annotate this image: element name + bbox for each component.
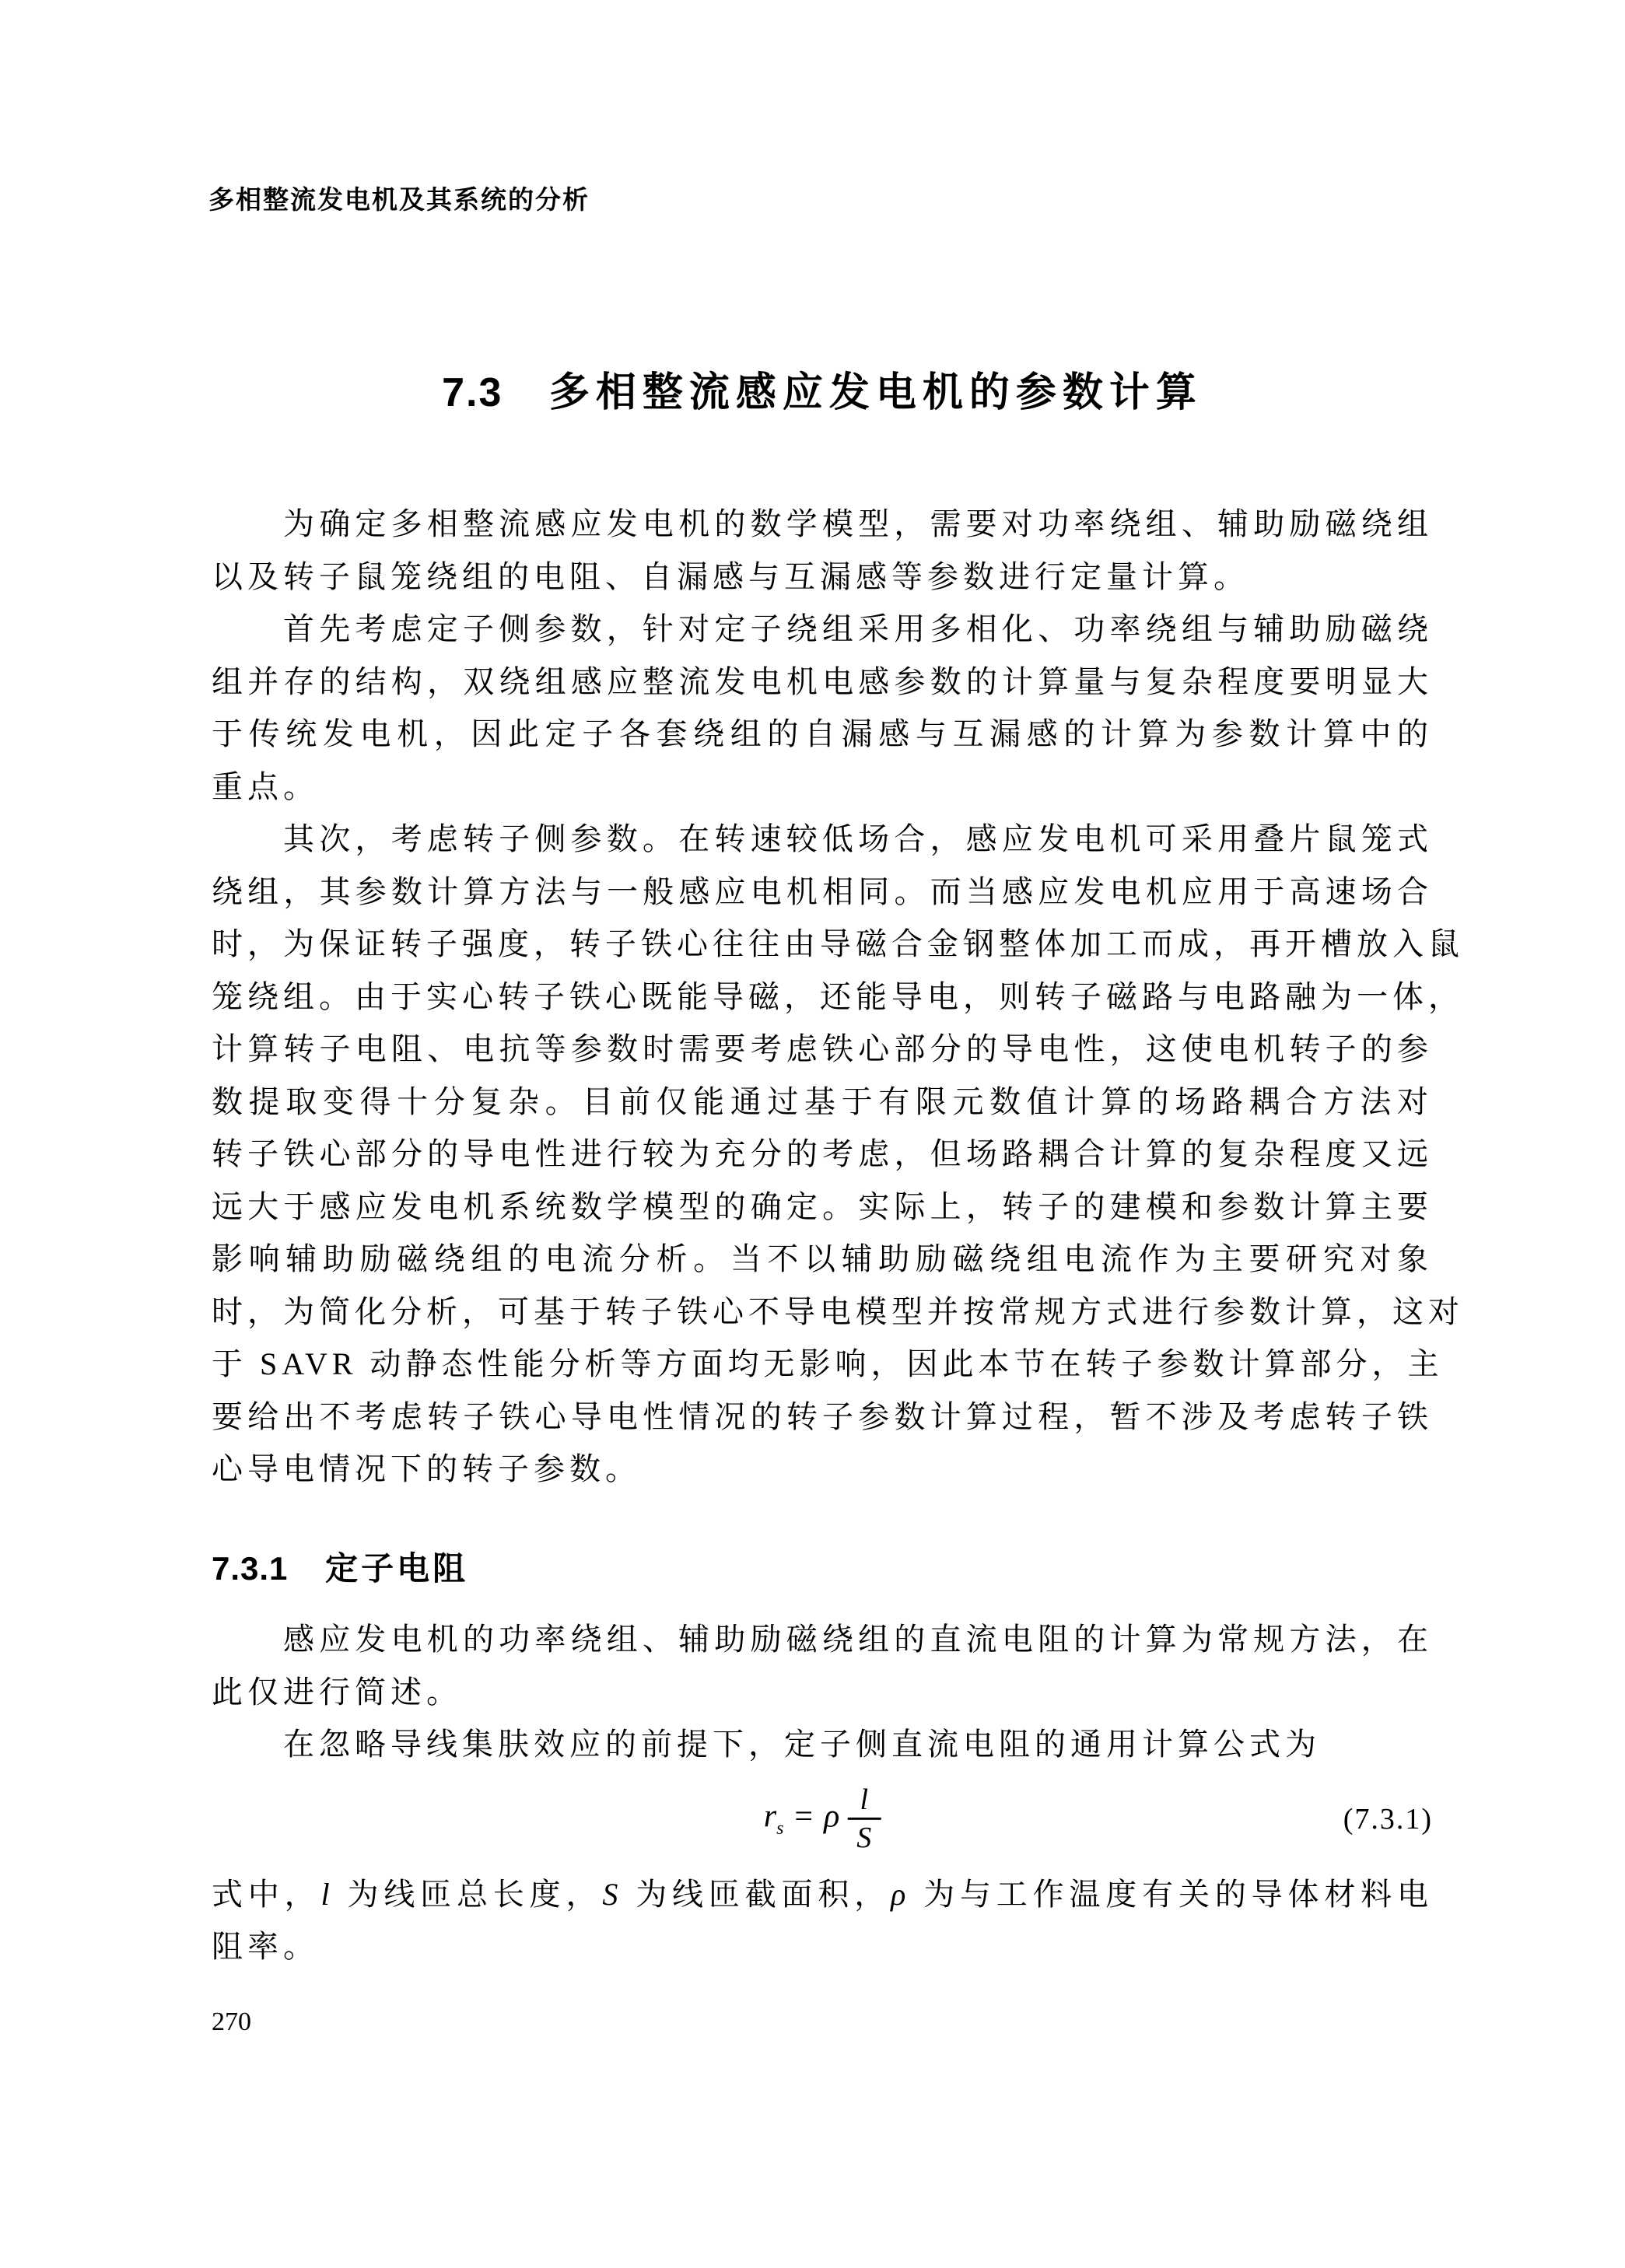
body-line: 要给出不考虑转子铁心导电性情况的转子参数计算过程，暂不涉及考虑转子铁 — [212, 1391, 1433, 1444]
body-line: 远大于感应发电机系统数学模型的确定。实际上，转子的建模和参数计算主要 — [212, 1181, 1433, 1234]
body-line: 影响辅助励磁绕组的电流分析。当不以辅助励磁绕组电流作为主要研究对象 — [212, 1233, 1433, 1286]
body-line: 计算转子电阻、电抗等参数时需要考虑铁心部分的导电性，这使电机转子的参 — [212, 1023, 1433, 1076]
body-line: 时，为简化分析，可基于转子铁心不导电模型并按常规方式进行参数计算，这对 — [212, 1286, 1433, 1339]
math-var-l: l — [321, 1877, 334, 1912]
body-line: 组并存的结构，双绕组感应整流发电机电感参数的计算量与复杂程度要明显大 — [212, 656, 1433, 709]
body-line: 为确定多相整流感应发电机的数学模型，需要对功率绕组、辅助励磁绕组 — [212, 498, 1433, 551]
body-line: 心导电情况下的转子参数。 — [212, 1443, 1433, 1496]
body-line: 此仅进行简述。 — [212, 1666, 1433, 1719]
body-line: 转子铁心部分的导电性进行较为充分的考虑，但场路耦合计算的复杂程度又远 — [212, 1128, 1433, 1181]
body-text-block: 为确定多相整流感应发电机的数学模型，需要对功率绕组、辅助励磁绕组 以及转子鼠笼绕… — [212, 498, 1433, 1973]
body-line: 重点。 — [212, 761, 1433, 814]
body-line: 笼绕组。由于实心转子铁心既能导磁，还能导电，则转子磁路与电路融为一体， — [212, 971, 1433, 1024]
body-line: 以及转子鼠笼绕组的电阻、自漏感与互漏感等参数进行定量计算。 — [212, 551, 1433, 604]
body-line: 时，为保证转子强度，转子铁心往往由导磁合金钢整体加工而成，再开槽放入鼠 — [212, 918, 1433, 971]
body-line: 式中，l 为线匝总长度，S 为线匝截面积，ρ 为与工作温度有关的导体材料电 — [212, 1868, 1433, 1921]
explain-text: 为线匝总长度， — [334, 1877, 603, 1912]
math-var-S: S — [602, 1877, 622, 1912]
formula: rs=ρlS — [764, 1783, 881, 1855]
running-header: 多相整流发电机及其系统的分析 — [208, 187, 590, 215]
body-line: 数提取变得十分复杂。目前仅能通过基于有限元数值计算的场路耦合方法对 — [212, 1076, 1433, 1129]
fraction-denominator: S — [847, 1818, 881, 1856]
fraction: lS — [847, 1783, 881, 1855]
page-number: 270 — [212, 2007, 251, 2038]
body-line: 在忽略导线集肤效应的前提下，定子侧直流电阻的通用计算公式为 — [212, 1718, 1433, 1771]
subsection-title: 7.3.1 定子电阻 — [212, 1542, 1433, 1595]
fraction-numerator: l — [847, 1783, 881, 1818]
equals-sign: = — [783, 1799, 824, 1835]
body-line: 阻率。 — [212, 1920, 1433, 1973]
formula-lhs-subscript: s — [776, 1818, 783, 1839]
body-line: 于 SAVR 动静态性能分析等方面均无影响，因此本节在转子参数计算部分，主 — [212, 1338, 1433, 1391]
subsection-number: 7.3.1 — [212, 1550, 288, 1587]
book-page: 多相整流发电机及其系统的分析 7.3 多相整流感应发电机的参数计算 为确定多相整… — [0, 0, 1625, 2268]
subsection-title-text: 定子电阻 — [325, 1550, 468, 1587]
section-title: 7.3 多相整流感应发电机的参数计算 — [212, 370, 1433, 415]
body-line: 于传统发电机，因此定子各套绕组的自漏感与互漏感的计算为参数计算中的 — [212, 708, 1433, 761]
explain-text: 式中， — [212, 1877, 321, 1912]
equation-number: (7.3.1) — [1343, 1802, 1433, 1836]
section-number: 7.3 — [442, 370, 503, 415]
math-var-rho: ρ — [891, 1877, 910, 1912]
explain-text: 为与工作温度有关的导体材料电 — [910, 1877, 1433, 1912]
body-line: 首先考虑定子侧参数，针对定子绕组采用多相化、功率绕组与辅助励磁绕 — [212, 603, 1433, 656]
body-line: 感应发电机的功率绕组、辅助励磁绕组的直流电阻的计算为常规方法，在 — [212, 1613, 1433, 1666]
body-line: 绕组，其参数计算方法与一般感应电机相同。而当感应发电机应用于高速场合 — [212, 866, 1433, 919]
section-title-text: 多相整流感应发电机的参数计算 — [549, 370, 1203, 415]
formula-block: rs=ρlS (7.3.1) — [212, 1771, 1433, 1868]
formula-coefficient: ρ — [824, 1799, 839, 1835]
formula-lhs: r — [764, 1799, 776, 1835]
explain-text: 为线匝截面积， — [622, 1877, 891, 1912]
body-line: 其次，考虑转子侧参数。在转速较低场合，感应发电机可采用叠片鼠笼式 — [212, 813, 1433, 866]
